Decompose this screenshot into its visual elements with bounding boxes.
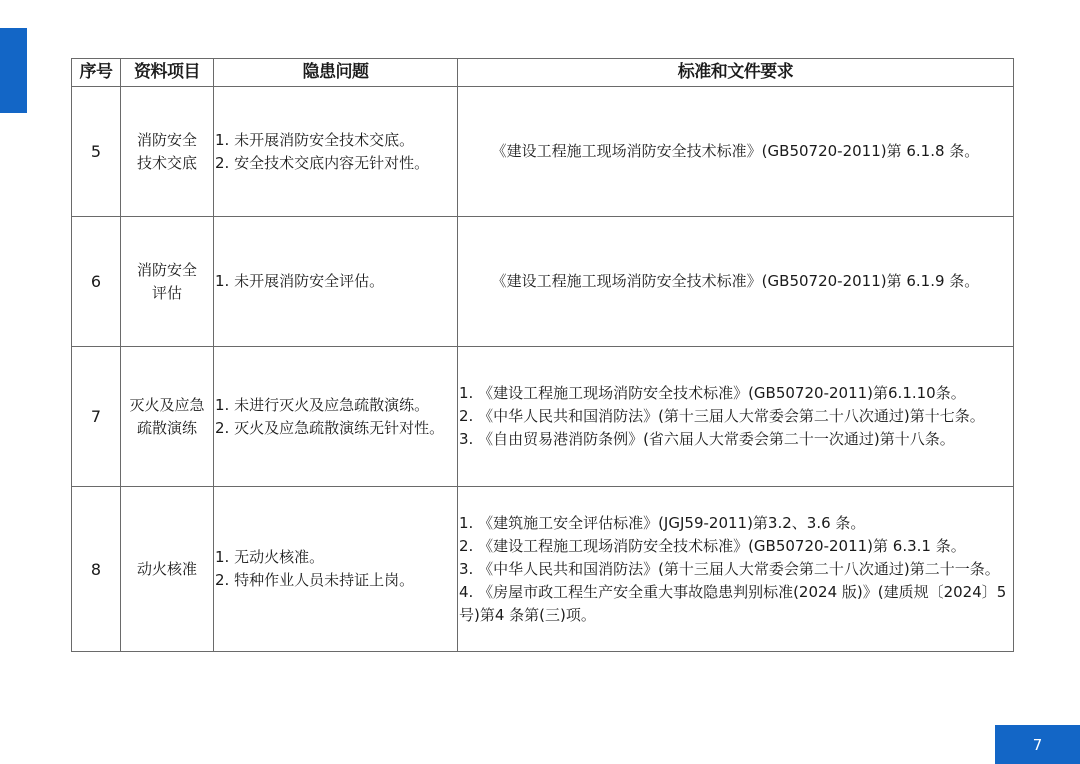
row-no: 7 — [72, 347, 121, 487]
item-line: 疏散演练 — [122, 417, 212, 440]
row-item: 消防安全 评估 — [121, 217, 214, 347]
standard-line: 1. 《建设工程施工现场消防安全技术标准》(GB50720-2011)第6.1.… — [459, 382, 1012, 405]
row-standards: 《建设工程施工现场消防安全技术标准》(GB50720-2011)第 6.1.8 … — [458, 87, 1014, 217]
header-issue: 隐患问题 — [214, 59, 458, 87]
table-row: 7 灭火及应急 疏散演练 1. 未进行灭火及应急疏散演练。 2. 灭火及应急疏散… — [72, 347, 1014, 487]
row-item: 灭火及应急 疏散演练 — [121, 347, 214, 487]
row-issues: 1. 未开展消防安全技术交底。 2. 安全技术交底内容无针对性。 — [214, 87, 458, 217]
standard-line: 2. 《建设工程施工现场消防安全技术标准》(GB50720-2011)第 6.3… — [459, 535, 1012, 558]
row-item: 消防安全 技术交底 — [121, 87, 214, 217]
issue-line: 1. 无动火核准。 — [215, 546, 456, 569]
issue-line: 1. 未进行灭火及应急疏散演练。 — [215, 394, 456, 417]
page-number: 7 — [995, 725, 1080, 764]
standard-line: 《建设工程施工现场消防安全技术标准》(GB50720-2011)第 6.1.9 … — [459, 270, 1012, 293]
accent-bar — [0, 28, 27, 113]
issue-line: 2. 安全技术交底内容无针对性。 — [215, 152, 456, 175]
item-line: 动火核准 — [122, 558, 212, 581]
item-line: 消防安全 — [122, 129, 212, 152]
item-line: 消防安全 — [122, 259, 212, 282]
table-row: 6 消防安全 评估 1. 未开展消防安全评估。 《建设工程施工现场消防安全技术标… — [72, 217, 1014, 347]
issue-line: 1. 未开展消防安全技术交底。 — [215, 129, 456, 152]
row-issues: 1. 未开展消防安全评估。 — [214, 217, 458, 347]
row-standards: 1. 《建设工程施工现场消防安全技术标准》(GB50720-2011)第6.1.… — [458, 347, 1014, 487]
item-line: 技术交底 — [122, 152, 212, 175]
table-header-row: 序号 资料项目 隐患问题 标准和文件要求 — [72, 59, 1014, 87]
row-no: 5 — [72, 87, 121, 217]
row-item: 动火核准 — [121, 487, 214, 652]
header-item: 资料项目 — [121, 59, 214, 87]
table-row: 5 消防安全 技术交底 1. 未开展消防安全技术交底。 2. 安全技术交底内容无… — [72, 87, 1014, 217]
row-no: 8 — [72, 487, 121, 652]
header-standard: 标准和文件要求 — [458, 59, 1014, 87]
row-standards: 1. 《建筑施工安全评估标准》(JGJ59-2011)第3.2、3.6 条。 2… — [458, 487, 1014, 652]
table-row: 8 动火核准 1. 无动火核准。 2. 特种作业人员未持证上岗。 1. 《建筑施… — [72, 487, 1014, 652]
item-line: 评估 — [122, 282, 212, 305]
header-no: 序号 — [72, 59, 121, 87]
issue-line: 2. 灭火及应急疏散演练无针对性。 — [215, 417, 456, 440]
standard-line: 4. 《房屋市政工程生产安全重大事故隐患判别标准(2024 版)》(建质规〔20… — [459, 581, 1012, 627]
standard-line: 3. 《中华人民共和国消防法》(第十三届人大常委会第二十八次通过)第二十一条。 — [459, 558, 1012, 581]
standard-line: 3. 《自由贸易港消防条例》(省六届人大常委会第二十一次通过)第十八条。 — [459, 428, 1012, 451]
row-standards: 《建设工程施工现场消防安全技术标准》(GB50720-2011)第 6.1.9 … — [458, 217, 1014, 347]
row-issues: 1. 无动火核准。 2. 特种作业人员未持证上岗。 — [214, 487, 458, 652]
item-line: 灭火及应急 — [122, 394, 212, 417]
issue-line: 1. 未开展消防安全评估。 — [215, 270, 456, 293]
issue-line: 2. 特种作业人员未持证上岗。 — [215, 569, 456, 592]
standard-line: 2. 《中华人民共和国消防法》(第十三届人大常委会第二十八次通过)第十七条。 — [459, 405, 1012, 428]
hazard-table: 序号 资料项目 隐患问题 标准和文件要求 5 消防安全 技术交底 1. 未开展消… — [71, 58, 1014, 652]
standard-line: 《建设工程施工现场消防安全技术标准》(GB50720-2011)第 6.1.8 … — [459, 140, 1012, 163]
row-no: 6 — [72, 217, 121, 347]
standard-line: 1. 《建筑施工安全评估标准》(JGJ59-2011)第3.2、3.6 条。 — [459, 512, 1012, 535]
row-issues: 1. 未进行灭火及应急疏散演练。 2. 灭火及应急疏散演练无针对性。 — [214, 347, 458, 487]
